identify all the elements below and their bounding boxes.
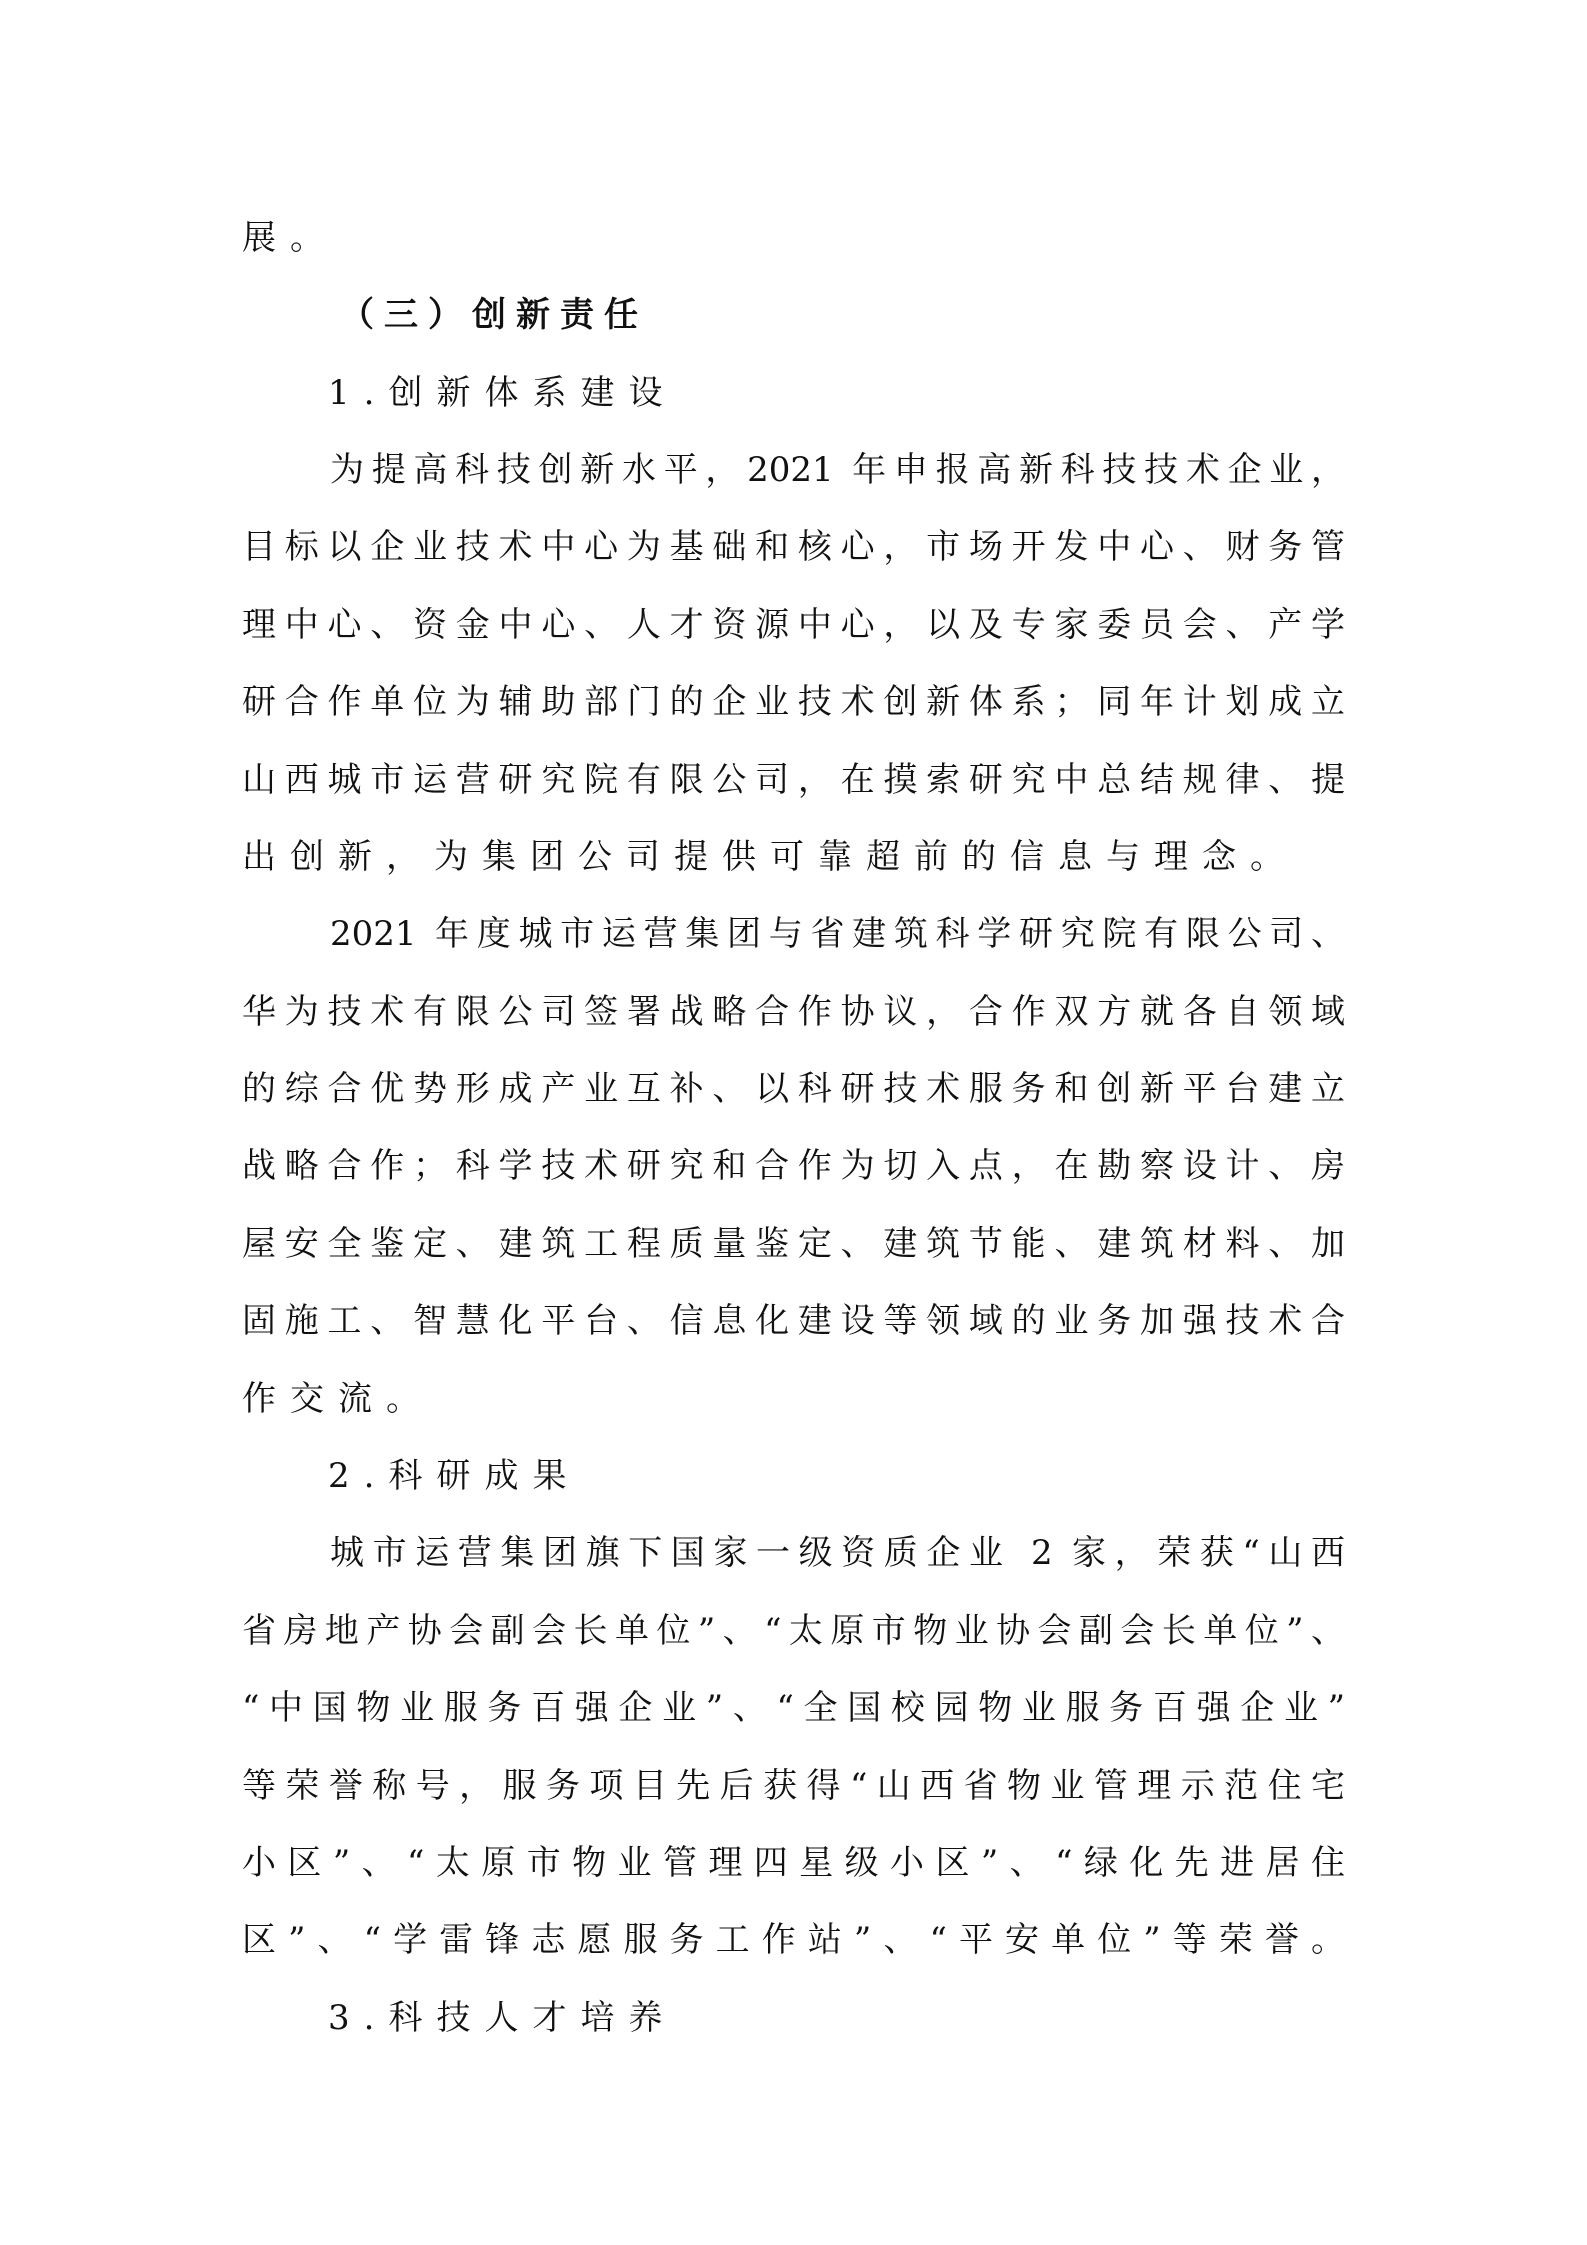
paragraph-line: 目标以企业技术中心为基础和核心，市场开发中心、财务管 <box>242 525 1345 569</box>
subsection-heading-research-results: 2.科研成果 <box>328 1454 580 1498</box>
paragraph-line: 出创新，为集团公司提供可靠超前的信息与理念。 <box>242 835 1298 879</box>
paragraph-line: 屋安全鉴定、建筑工程质量鉴定、建筑节能、建筑材料、加 <box>242 1222 1345 1266</box>
paragraph-line: 研合作单位为辅助部门的企业技术创新体系；同年计划成立 <box>242 680 1345 724</box>
document-page: 展。 （三）创新责任 1.创新体系建设 为提高科技创新水平，2021 年申报高新… <box>0 0 1587 2245</box>
paragraph-line: 等荣誉称号，服务项目先后获得“山西省物业管理示范住宅 <box>242 1764 1345 1808</box>
paragraph-line: 理中心、资金中心、人才资源中心，以及专家委员会、产学 <box>242 603 1345 647</box>
section-heading: （三）创新责任 <box>340 293 648 337</box>
paragraph-line: 战略合作；科学技术研究和合作为切入点，在勘察设计、房 <box>242 1144 1345 1188</box>
paragraph-line: 作交流。 <box>242 1377 434 1421</box>
paragraph-line: 省房地产协会副会长单位”、“太原市物业协会副会长单位”、 <box>242 1609 1345 1653</box>
paragraph-line: 城市运营集团旗下国家一级资质企业 2 家，荣获“山西 <box>330 1531 1345 1575</box>
paragraph-line: 区”、“学雷锋志愿服务工作站”、“平安单位”等荣誉。 <box>242 1918 1345 1962</box>
paragraph-line: 的综合优势形成产业互补、以科研技术服务和创新平台建立 <box>242 1067 1345 1111</box>
subsection-heading-innovation-system: 1.创新体系建设 <box>328 371 676 415</box>
paragraph-line: 2021 年度城市运营集团与省建筑科学研究院有限公司、 <box>330 912 1345 956</box>
paragraph-line: 华为技术有限公司签署战略合作协议，合作双方就各自领域 <box>242 990 1345 1034</box>
paragraph-line: 山西城市运营研究院有限公司，在摸索研究中总结规律、提 <box>242 758 1345 802</box>
paragraph-line: 小区”、“太原市物业管理四星级小区”、“绿化先进居住 <box>242 1841 1345 1885</box>
subsection-heading-talent-training: 3.科技人才培养 <box>328 1996 676 2040</box>
paragraph-line: “中国物业服务百强企业”、“全国校园物业服务百强企业” <box>242 1686 1345 1730</box>
paragraph-line: 为提高科技创新水平，2021 年申报高新科技技术企业， <box>330 448 1345 492</box>
paragraph-line: 固施工、智慧化平台、信息化建设等领域的业务加强技术合 <box>242 1299 1345 1343</box>
paragraph-continuation: 展。 <box>242 216 338 260</box>
